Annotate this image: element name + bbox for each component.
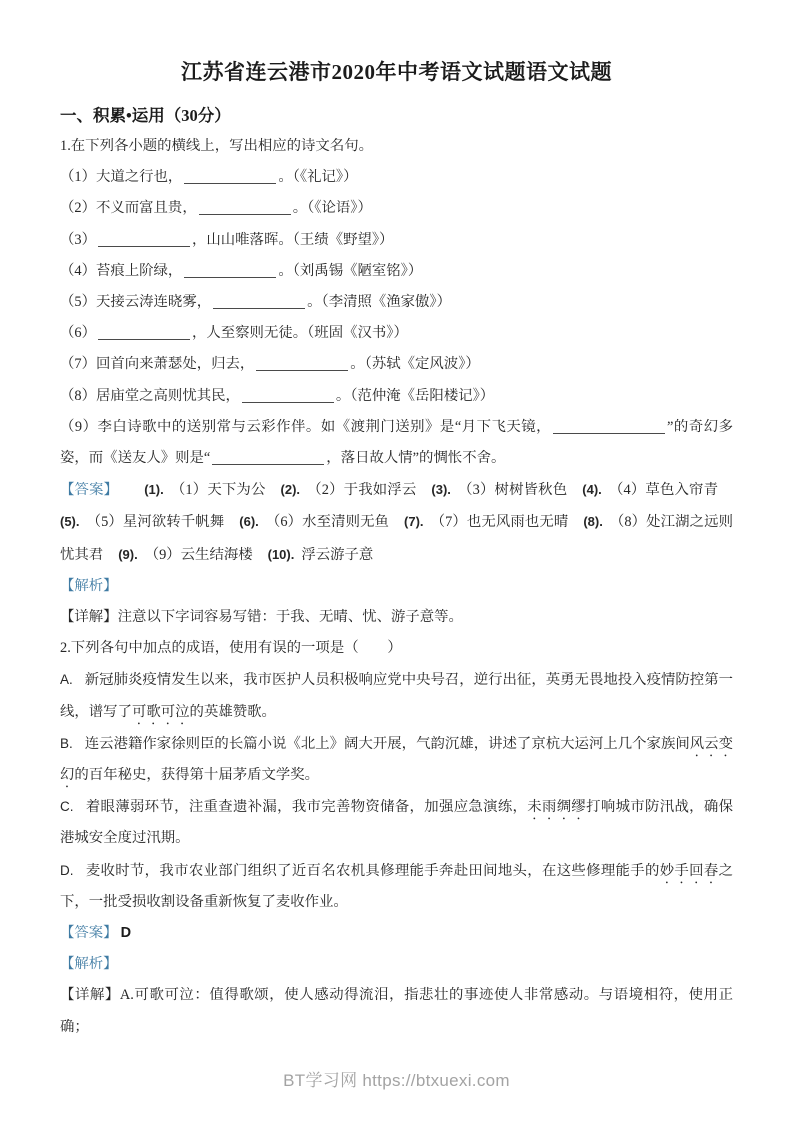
answer-item: (5).（5）星河欲转千帆舞 (60, 514, 224, 530)
q1-item-7-post: 。（苏轼《定风波》） (350, 356, 480, 372)
answer-text: 浮云游子意 (301, 547, 373, 563)
answer-number: (5). (60, 514, 80, 529)
q2-answer-line: 【答案】D (60, 918, 733, 949)
answer-blank (242, 388, 334, 403)
q2-analysis-line: 【解析】 (60, 949, 733, 980)
answer-blank (199, 200, 291, 215)
footer: BT学习网 https://btxuexi.com (0, 1066, 793, 1091)
q1-item-5-post: 。（李清照《渔家傲》） (307, 294, 451, 310)
answer-number: (9). (118, 547, 138, 562)
q1-analysis-line: 【解析】 (60, 571, 733, 602)
answer-number: (1). (144, 482, 164, 497)
q1-detail: 【详解】注意以下字词容易写错：于我、无晴、忧、游子意等。 (60, 602, 733, 633)
q1-item-6-pre: （6） (60, 325, 96, 341)
option-letter-b: B. (60, 736, 73, 751)
option-letter-c: C. (60, 799, 74, 814)
answer-text: （3）树树皆秋色 (458, 482, 567, 498)
answer-blank (98, 325, 190, 340)
answer-number: (4). (582, 482, 602, 497)
q1-item-4-post: 。（刘禹锡《陋室铭》） (278, 263, 422, 279)
answer-text: （4）草色入帘青 (609, 482, 718, 498)
q1-item-7-pre: （7）回首向来萧瑟处，归去， (60, 356, 254, 372)
analysis-label: 【解析】 (60, 578, 118, 594)
emphasized-phrase: 妙手回春 (660, 863, 719, 879)
answer-number: (8). (583, 514, 603, 529)
analysis-label: 【解析】 (60, 956, 118, 972)
answer-number: (7). (404, 514, 424, 529)
q1-item-6-post: ，人至察则无徒。（班固《汉书》） (192, 325, 408, 341)
option-d-pre: 麦收时节，我市农业部门组织了近百名农机具修理能手奔赴田间地头，在这些修理能手的 (86, 863, 660, 879)
q1-item-9: （9）李白诗歌中的送别常与云彩作伴。如《渡荆门送别》是“月下飞天镜，”的奇幻多姿… (60, 412, 733, 474)
q1-item-9-pre: （9）李白诗歌中的送别常与云彩作伴。如《渡荆门送别》是“月下飞天镜， (60, 419, 551, 435)
answer-item: (7).（7）也无风雨也无晴 (404, 514, 568, 530)
answer-number: (2). (281, 482, 301, 497)
option-b-pre: 连云港籍作家徐则臣的长篇小说《北上》阔大开展，气韵沉雄，讲述了京杭大运河上几个家… (85, 736, 690, 752)
answer-blank (184, 263, 276, 278)
exam-document-page: 江苏省连云港市2020年中考语文试题语文试题 一、积累•运用（30分） 1.在下… (0, 0, 793, 1043)
emphasized-phrase: 可歌可泣 (132, 704, 190, 720)
answer-item: (2).（2）于我如浮云 (281, 482, 417, 498)
q1-item-3-pre: （3） (60, 232, 96, 248)
option-b-post: 的百年秘史，获得第十届茅盾文学奖。 (74, 767, 319, 783)
q1-item-2-pre: （2）不义而富且贵， (60, 200, 197, 216)
q1-item-5: （5）天接云涛连晓雾，。（李清照《渔家傲》） (60, 287, 733, 318)
answer-label: 【答案】 (60, 482, 118, 498)
q1-item-1-post: 。（《礼记》） (278, 169, 357, 185)
answer-blank (256, 356, 348, 371)
answer-blank (213, 294, 305, 309)
q1-item-8-pre: （8）居庙堂之高则忧其民， (60, 388, 240, 404)
q2-option-a: A.新冠肺炎疫情发生以来，我市医护人员积极响应党中央号召，逆行出征，英勇无畏地投… (60, 664, 733, 727)
q1-stem: 1.在下列各小题的横线上，写出相应的诗文名句。 (60, 131, 733, 162)
q2-option-b: B.连云港籍作家徐则臣的长篇小说《北上》阔大开展，气韵沉雄，讲述了京杭大运河上几… (60, 728, 733, 791)
section-heading: 一、积累•运用（30分） (60, 101, 733, 131)
emphasized-phrase: 未雨绸缪 (527, 799, 586, 815)
q1-item-6: （6），人至察则无徒。（班固《汉书》） (60, 318, 733, 349)
answer-text: （5）星河欲转千帆舞 (87, 514, 225, 530)
q1-item-4-pre: （4）苔痕上阶绿， (60, 263, 182, 279)
answer-blank (184, 169, 276, 184)
q1-item-8: （8）居庙堂之高则忧其民，。（范仲淹《岳阳楼记》） (60, 381, 733, 412)
answer-number: (6). (239, 514, 259, 529)
answer-item: (9).（9）云生结海楼 (118, 547, 252, 563)
q1-item-3-post: ，山山唯落晖。（王绩《野望》） (192, 232, 393, 248)
q1-item-2-post: 。（《论语》） (293, 200, 372, 216)
answer-item: (10).浮云游子意 (268, 547, 374, 563)
footer-link[interactable]: BT学习网 https://btxuexi.com (283, 1071, 510, 1090)
answer-blank (212, 450, 324, 465)
option-letter-d: D. (60, 863, 74, 878)
answer-item: (6).（6）水至清则无鱼 (239, 514, 389, 530)
q1-item-1-pre: （1）大道之行也， (60, 169, 182, 185)
q2-option-c: C.着眼薄弱环节，注重查遗补漏，我市完善物资储备，加强应急演练，未雨绸缪打响城市… (60, 791, 733, 854)
q2-detail: 【详解】A.可歌可泣：值得歌颂，使人感动得流泪，指悲壮的事迹使人非常感动。与语境… (60, 980, 733, 1042)
q2-stem: 2.下列各句中加点的成语，使用有误的一项是（ ） (60, 633, 733, 664)
doc-title: 江苏省连云港市2020年中考语文试题语文试题 (60, 56, 733, 88)
q1-item-4: （4）苔痕上阶绿，。（刘禹锡《陋室铭》） (60, 256, 733, 287)
answer-text: （1）天下为公 (171, 482, 266, 498)
answer-item: (1).（1）天下为公 (144, 482, 265, 498)
answer-text: （6）水至清则无鱼 (266, 514, 389, 530)
option-a-post: 的英雄赞歌。 (190, 704, 276, 720)
answer-blank (98, 232, 190, 247)
q1-item-9-post: ，落日故人情”的惆怅不舍。 (326, 450, 505, 466)
q1-item-5-pre: （5）天接云涛连晓雾， (60, 294, 211, 310)
q2-option-d: D.麦收时节，我市农业部门组织了近百名农机具修理能手奔赴田间地头，在这些修理能手… (60, 855, 733, 918)
answer-item: (3).（3）树树皆秋色 (431, 482, 567, 498)
answer-text: （2）于我如浮云 (307, 482, 416, 498)
q1-item-3: （3），山山唯落晖。（王绩《野望》） (60, 225, 733, 256)
answer-text: （9）云生结海楼 (145, 547, 253, 563)
answer-item: (4).（4）草色入帘青 (582, 482, 718, 498)
option-c-pre: 着眼薄弱环节，注重查遗补漏，我市完善物资储备，加强应急演练， (86, 799, 528, 815)
q1-item-2: （2）不义而富且贵，。（《论语》） (60, 193, 733, 224)
q1-answer-line: 【答案】(1).（1）天下为公(2).（2）于我如浮云(3).（3）树树皆秋色(… (60, 474, 733, 571)
answer-blank (553, 419, 665, 434)
q1-item-7: （7）回首向来萧瑟处，归去，。（苏轼《定风波》） (60, 349, 733, 380)
answer-number: (3). (431, 482, 451, 497)
answer-number: (10). (268, 547, 295, 562)
answer-text: （7）也无风雨也无晴 (431, 514, 569, 530)
q1-item-8-post: 。（范仲淹《岳阳楼记》） (336, 388, 494, 404)
answer-label: 【答案】 (60, 925, 118, 941)
q1-item-1: （1）大道之行也，。（《礼记》） (60, 162, 733, 193)
answer-value: D (121, 925, 131, 941)
option-letter-a: A. (60, 672, 73, 687)
